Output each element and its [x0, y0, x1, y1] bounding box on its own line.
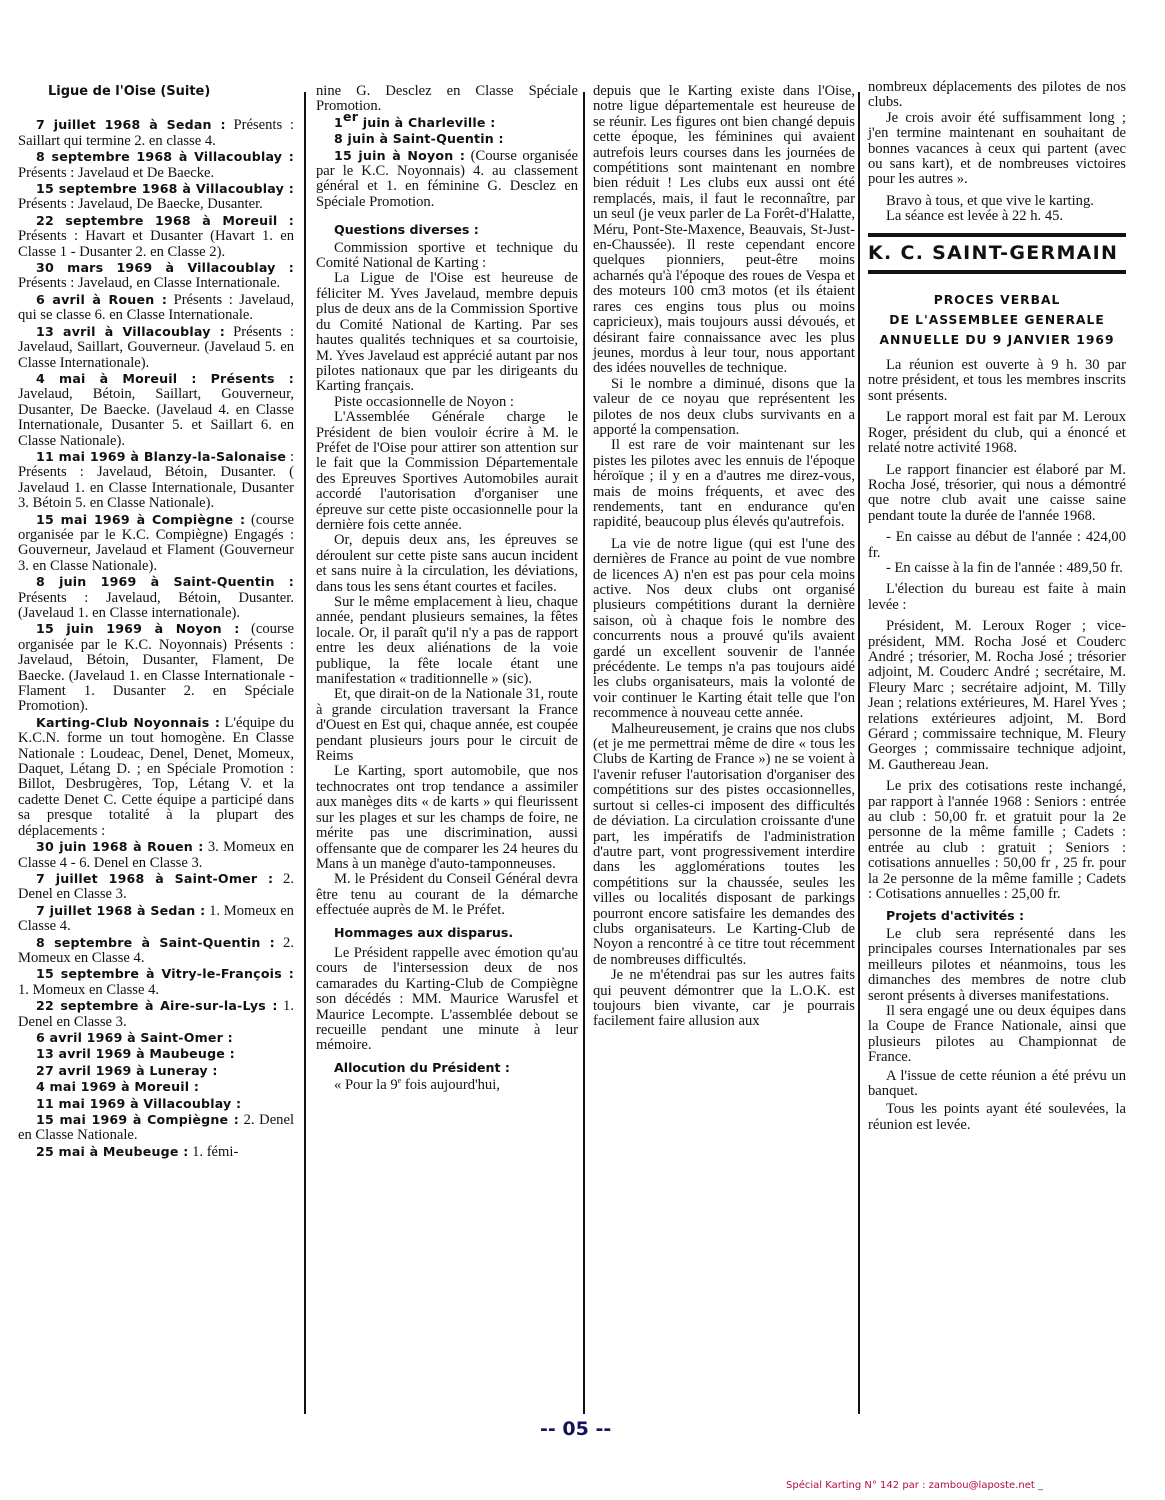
column-3: depuis que le Karting existe dans l'Oise… — [593, 84, 855, 1030]
entry-event: 30 juin 1968 à Rouen : — [36, 839, 203, 854]
paragraph: Il sera engagé une ou deux équipes dans … — [868, 1004, 1126, 1066]
result-entry: 27 avril 1969 à Luneray : — [18, 1063, 294, 1079]
minutes-body: La réunion est ouverte à 9 h. 30 par not… — [868, 358, 1126, 902]
entry-event: 15 juin à Noyon : — [334, 148, 465, 163]
entry-event: 15 juin 1969 à Noyon : — [36, 621, 239, 636]
entry-text: 1. Momeux en Classe 4. — [18, 982, 159, 998]
paragraph: Le club sera représenté dans les princip… — [868, 927, 1126, 1004]
entry-event: 4 mai à Moreuil : Présents : — [36, 371, 294, 386]
questions-body: Commission sportive et technique du Comi… — [316, 241, 578, 919]
paragraph: La réunion est ouverte à 9 h. 30 par not… — [868, 358, 1126, 404]
entry-text: 1. fémi- — [188, 1144, 238, 1160]
column-4: nombreux déplacements des pilotes de nos… — [868, 80, 1126, 1133]
paragraph: Malheureusement, je crains que nos clubs… — [593, 722, 855, 969]
entry-text: Présents : Javelaud, De Baecke, Dusanter… — [18, 196, 263, 212]
section-heading-allocution: Allocution du Président : — [316, 1060, 578, 1075]
result-entry: 15 septembre à Vitry-le-François : 1. Mo… — [18, 966, 294, 998]
result-entry: 8 juin à Saint-Quentin : — [316, 131, 578, 147]
result-entry: 15 juin à Noyon : (Course organisée par … — [316, 148, 578, 211]
section-heading-projets: Projets d'activités : — [868, 908, 1126, 923]
entry-text: L'équipe du K.C.N. forme un tout homogèn… — [18, 715, 294, 839]
column-divider — [583, 92, 585, 1414]
entry-event: 22 septembre 1968 à Moreuil : — [36, 213, 294, 228]
entry-text: Javelaud, Bétoin, Saillart, Gouverneur, … — [18, 386, 294, 448]
results-list: 1er juin à Charleville :8 juin à Saint-Q… — [316, 115, 578, 210]
column-divider — [858, 92, 860, 1414]
entry-event: 27 avril 1969 à Luneray : — [36, 1063, 218, 1078]
result-entry: 15 juin 1969 à Noyon : (course organisée… — [18, 621, 294, 714]
result-entry: 7 juillet 1968 à Saint-Omer : 2. Denel e… — [18, 871, 294, 903]
paragraph: Et, que dirait-on de la Nationale 31, ro… — [316, 687, 578, 764]
result-entry: 15 mai 1969 à Compiègne : 2. Denel en Cl… — [18, 1112, 294, 1144]
entry-event: 11 mai 1969 à Villacoublay : — [36, 1096, 241, 1111]
entry-event: 7 juillet 1968 à Sedan : — [36, 117, 226, 132]
paragraph: Tous les points ayant été soulevées, la … — [868, 1102, 1126, 1133]
paragraph: Je ne m'étendrai pas sur les autres fait… — [593, 968, 855, 1030]
entry-event: 6 avril à Rouen : — [36, 292, 167, 307]
page-number: -- 05 -- — [540, 1418, 611, 1440]
paragraph: L'Assemblée Générale charge le Président… — [316, 410, 578, 533]
paragraph: depuis que le Karting existe dans l'Oise… — [593, 84, 855, 377]
entry-event: 7 juillet 1968 à Sedan : — [36, 903, 205, 918]
ordinal-suffix: er — [343, 109, 358, 124]
results-list: 7 juillet 1968 à Sedan : Présents : Sail… — [18, 117, 294, 1160]
paragraph: L'élection du bureau est faite à main le… — [868, 582, 1126, 613]
result-entry: 6 avril à Rouen : Présents : Javelaud, q… — [18, 292, 294, 324]
magazine-page: Ligue de l'Oise (Suite) 7 juillet 1968 à… — [0, 0, 1165, 1500]
result-entry: 4 mai à Moreuil : Présents : Javelaud, B… — [18, 371, 294, 449]
result-entry: 11 mai 1969 à Villacoublay : — [18, 1096, 294, 1112]
entry-event: 15 septembre à Vitry-le-François : — [36, 966, 294, 981]
paragraph: Il est rare de voir maintenant sur les p… — [593, 438, 855, 530]
entry-event-day: 1 — [334, 115, 343, 130]
paragraph: - En caisse à la fin de l'année : 489,50… — [868, 561, 1126, 576]
paragraph: Le rapport moral est fait par M. Leroux … — [868, 410, 1126, 456]
paragraph: Piste occasionnelle de Noyon : — [316, 395, 578, 410]
paragraph: Le Président rappelle avec émotion qu'au… — [316, 946, 578, 1054]
column-divider — [304, 92, 306, 1414]
paragraph: nombreux déplacements des pilotes de nos… — [868, 80, 1126, 111]
section-heading-hommages: Hommages aux disparus. — [316, 925, 578, 940]
result-entry: 6 avril 1969 à Saint-Omer : — [18, 1030, 294, 1046]
paragraph: Commission sportive et technique du Comi… — [316, 241, 578, 272]
entry-event: 15 mai 1969 à Compiègne : — [36, 1112, 239, 1127]
paragraph: La Ligue de l'Oise est heureuse de félic… — [316, 271, 578, 394]
result-entry: 8 septembre 1968 à Villacoublay : Présen… — [18, 149, 294, 181]
paragraph: La vie de notre ligue (qui est l'une des… — [593, 537, 855, 722]
entry-event: 13 avril à Villacoublay : — [36, 324, 225, 339]
entry-event: 8 juin 1969 à Saint-Quentin : — [36, 574, 294, 589]
paragraph: Bravo à tous, et que vive le karting. — [868, 194, 1126, 209]
entry-event: 22 septembre à Aire-sur-la-Lys : — [36, 998, 278, 1013]
entry-event: 13 avril 1969 à Maubeuge : — [36, 1046, 235, 1061]
result-entry: 15 septembre 1968 à Villacoublay : Prése… — [18, 181, 294, 213]
paragraph: A l'issue de cette réunion a été prévu u… — [868, 1069, 1126, 1100]
paragraph: Le rapport financier est élaboré par M. … — [868, 463, 1126, 525]
banner-rule — [868, 233, 1126, 237]
speech-closing: Je crois avoir été suffisamment long ; j… — [868, 111, 1126, 225]
result-entry: 7 juillet 1968 à Sedan : 1. Momeux en Cl… — [18, 903, 294, 935]
club-title: K. C. SAINT-GERMAIN — [868, 246, 1126, 261]
entry-event: 7 juillet 1968 à Saint-Omer : — [36, 871, 273, 886]
entry-event: 8 septembre 1968 à Villacoublay : — [36, 149, 294, 164]
result-entry: Karting-Club Noyonnais : L'équipe du K.C… — [18, 715, 294, 839]
scan-credit: Spécial Karting N° 142 par : zambou@lapo… — [786, 1480, 1043, 1491]
paragraph: - En caisse au début de l'année : 424,00… — [868, 530, 1126, 561]
paragraph: Le prix des cotisations reste inchangé, … — [868, 779, 1126, 902]
paragraph: M. le Président du Conseil Général devra… — [316, 872, 578, 918]
result-entry: 30 mars 1969 à Villacoublay : Présents :… — [18, 260, 294, 292]
entry-event: 11 mai 1969 à Blanzy-la-Salonaise — [36, 449, 286, 464]
result-entry: 13 avril à Villacoublay : Présents : Jav… — [18, 324, 294, 371]
result-entry: 25 mai à Meubeuge : 1. fémi- — [18, 1144, 294, 1160]
column-2: nine G. Desclez en Classe Spéciale Promo… — [316, 84, 578, 1094]
entry-text: Présents : Havart et Dusanter (Havart 1.… — [18, 228, 294, 259]
entry-event: juin à Charleville : — [358, 115, 495, 130]
banner-rule — [868, 270, 1126, 274]
entry-event: Karting-Club Noyonnais : — [36, 715, 220, 730]
result-entry: 15 mai 1969 à Compiègne : (course organi… — [18, 512, 294, 575]
paragraph: Je crois avoir été suffisamment long ; j… — [868, 111, 1126, 188]
entry-event: 8 septembre à Saint-Quentin : — [36, 935, 275, 950]
result-entry: 7 juillet 1968 à Sedan : Présents : Sail… — [18, 117, 294, 149]
entry-event: 8 juin à Saint-Quentin : — [334, 131, 504, 146]
entry-event: 15 septembre 1968 à Villacoublay : — [36, 181, 294, 196]
speech-body: depuis que le Karting existe dans l'Oise… — [593, 84, 855, 1030]
paragraph: La séance est levée à 22 h. 45. — [868, 209, 1126, 224]
result-entry: 8 juin 1969 à Saint-Quentin : Présents :… — [18, 574, 294, 621]
entry-text: Présents : Javelaud et De Baecke. — [18, 165, 214, 181]
result-entry: 22 septembre 1968 à Moreuil : Présents :… — [18, 213, 294, 260]
entry-text: Présents : Javelaud, en Classe Internati… — [18, 275, 280, 291]
club-banner: K. C. SAINT-GERMAIN — [868, 233, 1126, 274]
entry-text: Présents : Javelaud, Bétoin, Dusanter. (… — [18, 590, 294, 621]
section-heading-ligue-oise: Ligue de l'Oise (Suite) — [48, 84, 294, 99]
paragraph: Président, M. Leroux Roger ; vice-présid… — [868, 619, 1126, 773]
paragraph: Si le nombre a diminué, disons que la va… — [593, 377, 855, 439]
result-entry: 8 septembre à Saint-Quentin : 2. Momeux … — [18, 935, 294, 967]
minutes-title: PROCES VERBAL DE L'ASSEMBLEE GENERALE AN… — [868, 290, 1126, 350]
section-heading-questions: Questions diverses : — [316, 222, 578, 237]
result-entry: 13 avril 1969 à Maubeuge : — [18, 1046, 294, 1062]
entry-event: 6 avril 1969 à Saint-Omer : — [36, 1030, 233, 1045]
projets-body: Le club sera représenté dans les princip… — [868, 927, 1126, 1133]
result-entry: 30 juin 1968 à Rouen : 3. Momeux en Clas… — [18, 839, 294, 871]
paragraph: « Pour la 9e fois aujourd'hui, — [316, 1078, 578, 1093]
entry-event: 15 mai 1969 à Compiègne : — [36, 512, 245, 527]
paragraph: Sur le même emplacement à lieu, chaque a… — [316, 595, 578, 687]
result-entry: 22 septembre à Aire-sur-la-Lys : 1. Dene… — [18, 998, 294, 1030]
paragraph: Le Karting, sport automobile, que nos te… — [316, 764, 578, 872]
result-entry: 11 mai 1969 à Blanzy-la-Salonaise : Prés… — [18, 449, 294, 512]
entry-event: 30 mars 1969 à Villacoublay : — [36, 260, 294, 275]
entry-event: 25 mai à Meubeuge : — [36, 1144, 188, 1159]
result-entry: 1er juin à Charleville : — [316, 115, 578, 131]
paragraph: Or, depuis deux ans, les épreuves se dér… — [316, 533, 578, 595]
result-entry: 4 mai 1969 à Moreuil : — [18, 1079, 294, 1095]
column-1: Ligue de l'Oise (Suite) 7 juillet 1968 à… — [18, 84, 294, 1160]
entry-event: 4 mai 1969 à Moreuil : — [36, 1079, 199, 1094]
